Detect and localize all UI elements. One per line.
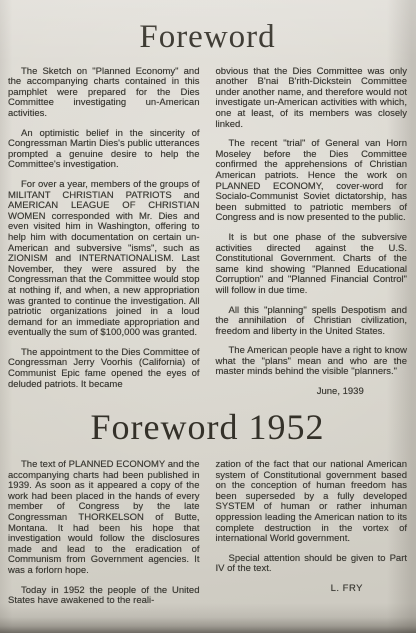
- paragraph: The Sketch on "Planned Economy" and the …: [8, 67, 200, 120]
- foreword-left-column: The Sketch on "Planned Economy" and the …: [8, 67, 200, 400]
- foreword-section: Foreword The Sketch on "Planned Economy"…: [8, 20, 407, 399]
- foreword-1952-right-paragraphs: zation of the fact that our national Ame…: [216, 460, 408, 575]
- paragraph: The American people have a right to know…: [216, 346, 408, 378]
- paragraph: Special attention should be given to Par…: [216, 554, 408, 575]
- paragraph: zation of the fact that our national Ame…: [216, 460, 408, 545]
- foreword-right-column: obvious that the Dies Committee was only…: [216, 67, 408, 400]
- foreword-date: June, 1939: [216, 387, 408, 398]
- scanned-page: Foreword The Sketch on "Planned Economy"…: [0, 0, 416, 633]
- foreword-1952-title: Foreword 1952: [8, 409, 407, 447]
- paragraph: It is but one phase of the subversive ac…: [216, 233, 408, 297]
- foreword-1952-left-column: The text of PLANNED ECONOMY and the acco…: [8, 460, 200, 616]
- foreword-1952-columns: The text of PLANNED ECONOMY and the acco…: [8, 460, 407, 616]
- foreword-title: Foreword: [8, 20, 407, 55]
- paragraph: All this "planning" spells Despotism and…: [216, 306, 408, 338]
- paragraph: Today in 1952 the people of the United S…: [8, 586, 200, 607]
- paragraph: The recent "trial" of General van Horn M…: [216, 139, 408, 224]
- paragraph: For over a year, members of the groups o…: [8, 180, 200, 339]
- foreword-1952-right-column: zation of the fact that our national Ame…: [216, 460, 408, 616]
- paragraph: An optimistic belief in the sincerity of…: [8, 129, 200, 171]
- foreword-1952-section: Foreword 1952 The text of PLANNED ECONOM…: [8, 409, 407, 616]
- signature: L. FRY: [216, 584, 408, 595]
- paragraph: obvious that the Dies Committee was only…: [216, 67, 408, 131]
- paragraph: The appointment to the Dies Committee of…: [8, 348, 200, 390]
- foreword-columns: The Sketch on "Planned Economy" and the …: [8, 67, 407, 400]
- foreword-right-paragraphs: obvious that the Dies Committee was only…: [216, 67, 408, 378]
- paragraph: The text of PLANNED ECONOMY and the acco…: [8, 460, 200, 577]
